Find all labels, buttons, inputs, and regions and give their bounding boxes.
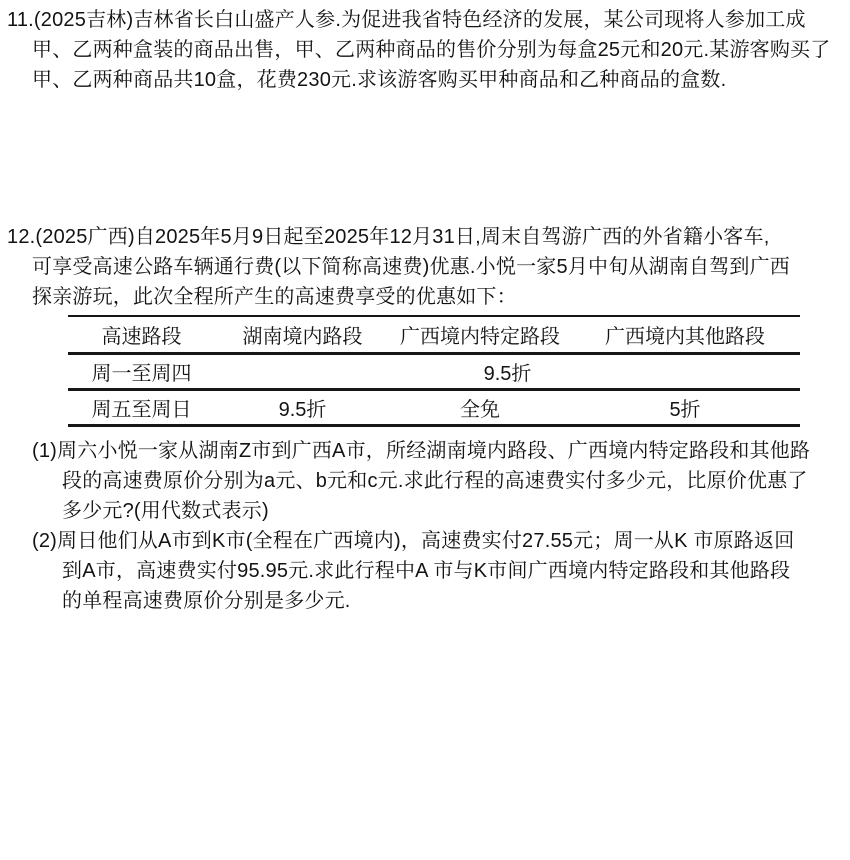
table-row-fri-sun: 周五至周日 9.5折 全免 5折 xyxy=(68,389,800,425)
subquestion-1-line-3: 多少元?(用代数式表示) xyxy=(32,496,850,526)
cell-fri-sun-other: 5折 xyxy=(570,389,800,425)
header-cell-road-section: 高速路段 xyxy=(68,316,215,353)
subquestion-2-line-3: 的单程高速费原价分别是多少元. xyxy=(32,586,850,616)
problem-11-line-2: 甲、乙两种盒装的商品出售，甲、乙两种商品的售价分别为每盒25元和20元.某游客购… xyxy=(7,35,850,65)
header-cell-guangxi-special-section: 广西境内特定路段 xyxy=(390,316,570,353)
problem-12-line-2: 可享受高速公路车辆通行费(以下简称高速费)优惠.小悦一家5月中旬从湖南自驾到广西 xyxy=(7,252,850,282)
cell-fri-sun-special: 全免 xyxy=(390,389,570,425)
table-header-row: 高速路段 湖南境内路段 广西境内特定路段 广西境内其他路段 xyxy=(68,316,800,353)
header-cell-hunan-section: 湖南境内路段 xyxy=(215,316,390,353)
problem-12-line-1: 12.(2025广西)自2025年5月9日起至2025年12月31日,周末自驾游… xyxy=(7,222,850,252)
table-row-mon-thu: 周一至周四 9.5折 xyxy=(68,353,800,389)
toll-discount-table: 高速路段 湖南境内路段 广西境内特定路段 广西境内其他路段 周一至周四 9.5折… xyxy=(68,315,800,427)
header-cell-guangxi-other-section: 广西境内其他路段 xyxy=(570,316,800,353)
row-label-mon-thu: 周一至周四 xyxy=(68,353,215,389)
cell-fri-sun-hunan: 9.5折 xyxy=(215,389,390,425)
problem-12: 12.(2025广西)自2025年5月9日起至2025年12月31日,周末自驾游… xyxy=(7,222,850,312)
row-label-fri-sun: 周五至周日 xyxy=(68,389,215,425)
subquestion-2-line-1: (2)周日他们从A市到K市(全程在广西境内)，高速费实付27.55元；周一从K … xyxy=(32,526,850,556)
problem-12-line-3: 探亲游玩，此次全程所产生的高速费享受的优惠如下： xyxy=(7,282,850,312)
subquestion-1-line-2: 段的高速费原价分别为a元、b元和c元.求此行程的高速费实付多少元，比原价优惠了 xyxy=(32,466,850,496)
subquestion-1-line-1: (1)周六小悦一家从湖南Z市到广西A市，所经湖南境内路段、广西境内特定路段和其他… xyxy=(32,436,850,466)
problem-11-line-1: 11.(2025吉林)吉林省长白山盛产人参.为促进我省特色经济的发展，某公司现将… xyxy=(7,5,850,35)
problem-11: 11.(2025吉林)吉林省长白山盛产人参.为促进我省特色经济的发展，某公司现将… xyxy=(7,5,850,95)
subquestion-2-line-2: 到A市，高速费实付95.95元.求此行程中A 市与K市间广西境内特定路段和其他路… xyxy=(32,556,850,586)
exam-document-page: 11.(2025吉林)吉林省长白山盛产人参.为促进我省特色经济的发展，某公司现将… xyxy=(0,5,850,860)
subquestion-1: (1)周六小悦一家从湖南Z市到广西A市，所经湖南境内路段、广西境内特定路段和其他… xyxy=(32,436,850,526)
problem-11-line-3: 甲、乙两种商品共10盒，花费230元.求该游客购买甲种商品和乙种商品的盒数. xyxy=(7,65,850,95)
cell-mon-thu-discount: 9.5折 xyxy=(215,353,800,389)
subquestion-2: (2)周日他们从A市到K市(全程在广西境内)，高速费实付27.55元；周一从K … xyxy=(32,526,850,616)
